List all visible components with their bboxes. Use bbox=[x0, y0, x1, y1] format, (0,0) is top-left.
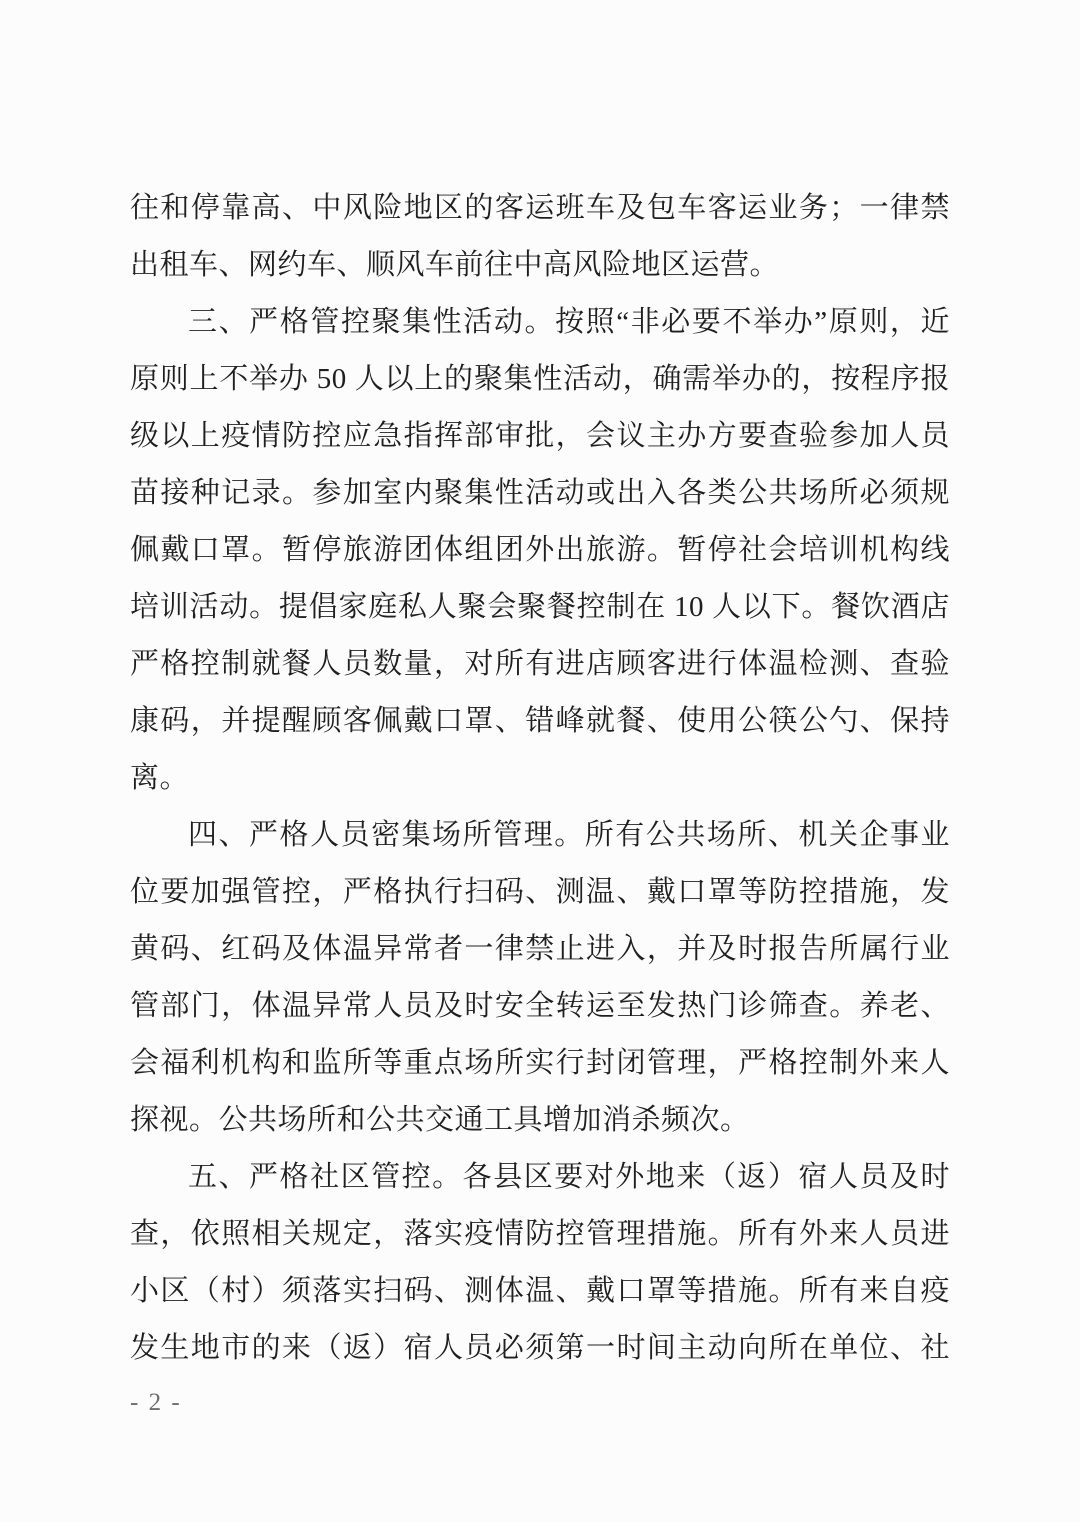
text-line: 苗接种记录。参加室内聚集性活动或出入各类公共场所必须规范 bbox=[130, 465, 950, 522]
text-line: 级以上疫情防控应急指挥部审批，会议主办方要查验参加人员疫 bbox=[130, 408, 950, 465]
text-line: 小区（村）须落实扫码、测体温、戴口罩等措施。所有来自疫情 bbox=[130, 1263, 950, 1320]
paragraph-item-3: 三、严格管控聚集性活动。按照“非必要不举办”原则，近期 原则上不举办 50 人以… bbox=[130, 294, 950, 807]
text-line: 发生地市的来（返）宿人员必须第一时间主动向所在单位、社区 bbox=[130, 1320, 950, 1377]
paragraph-continuation: 往和停靠高、中风险地区的客运班车及包车客运业务；一律禁止 出租车、网约车、顺风车… bbox=[130, 180, 950, 294]
text-line: 三、严格管控聚集性活动。按照“非必要不举办”原则，近期 bbox=[130, 294, 950, 351]
text-line: 探视。公共场所和公共交通工具增加消杀频次。 bbox=[130, 1092, 950, 1149]
text-line: 查，依照相关规定，落实疫情防控管理措施。所有外来人员进入 bbox=[130, 1206, 950, 1263]
document-page: 往和停靠高、中风险地区的客运班车及包车客运业务；一律禁止 出租车、网约车、顺风车… bbox=[0, 0, 1080, 1522]
text-line: 离。 bbox=[130, 750, 950, 807]
text-line: 原则上不举办 50 人以上的聚集性活动，确需举办的，按程序报县 bbox=[130, 351, 950, 408]
text-line: 黄码、红码及体温异常者一律禁止进入，并及时报告所属行业主 bbox=[130, 921, 950, 978]
text-line: 往和停靠高、中风险地区的客运班车及包车客运业务；一律禁止 bbox=[130, 180, 950, 237]
text-line: 四、严格人员密集场所管理。所有公共场所、机关企事业单 bbox=[130, 807, 950, 864]
text-line: 出租车、网约车、顺风车前往中高风险地区运营。 bbox=[130, 237, 950, 294]
document-body: 往和停靠高、中风险地区的客运班车及包车客运业务；一律禁止 出租车、网约车、顺风车… bbox=[130, 180, 950, 1377]
text-line: 管部门，体温异常人员及时安全转运至发热门诊筛查。养老、社 bbox=[130, 978, 950, 1035]
text-line: 康码，并提醒顾客佩戴口罩、错峰就餐、使用公筷公勺、保持距 bbox=[130, 693, 950, 750]
paragraph-item-5: 五、严格社区管控。各县区要对外地来（返）宿人员及时排 查，依照相关规定，落实疫情… bbox=[130, 1149, 950, 1377]
paragraph-item-4: 四、严格人员密集场所管理。所有公共场所、机关企事业单 位要加强管控，严格执行扫码… bbox=[130, 807, 950, 1149]
text-line: 培训活动。提倡家庭私人聚会聚餐控制在 10 人以下。餐饮酒店要 bbox=[130, 579, 950, 636]
text-line: 位要加强管控，严格执行扫码、测温、戴口罩等防控措施，发现 bbox=[130, 864, 950, 921]
text-line: 严格控制就餐人员数量，对所有进店顾客进行体温检测、查验健 bbox=[130, 636, 950, 693]
page-number: - 2 - bbox=[130, 1385, 950, 1421]
text-line: 五、严格社区管控。各县区要对外地来（返）宿人员及时排 bbox=[130, 1149, 950, 1206]
text-line: 佩戴口罩。暂停旅游团体组团外出旅游。暂停社会培训机构线下 bbox=[130, 522, 950, 579]
text-line: 会福利机构和监所等重点场所实行封闭管理，严格控制外来人员 bbox=[130, 1035, 950, 1092]
